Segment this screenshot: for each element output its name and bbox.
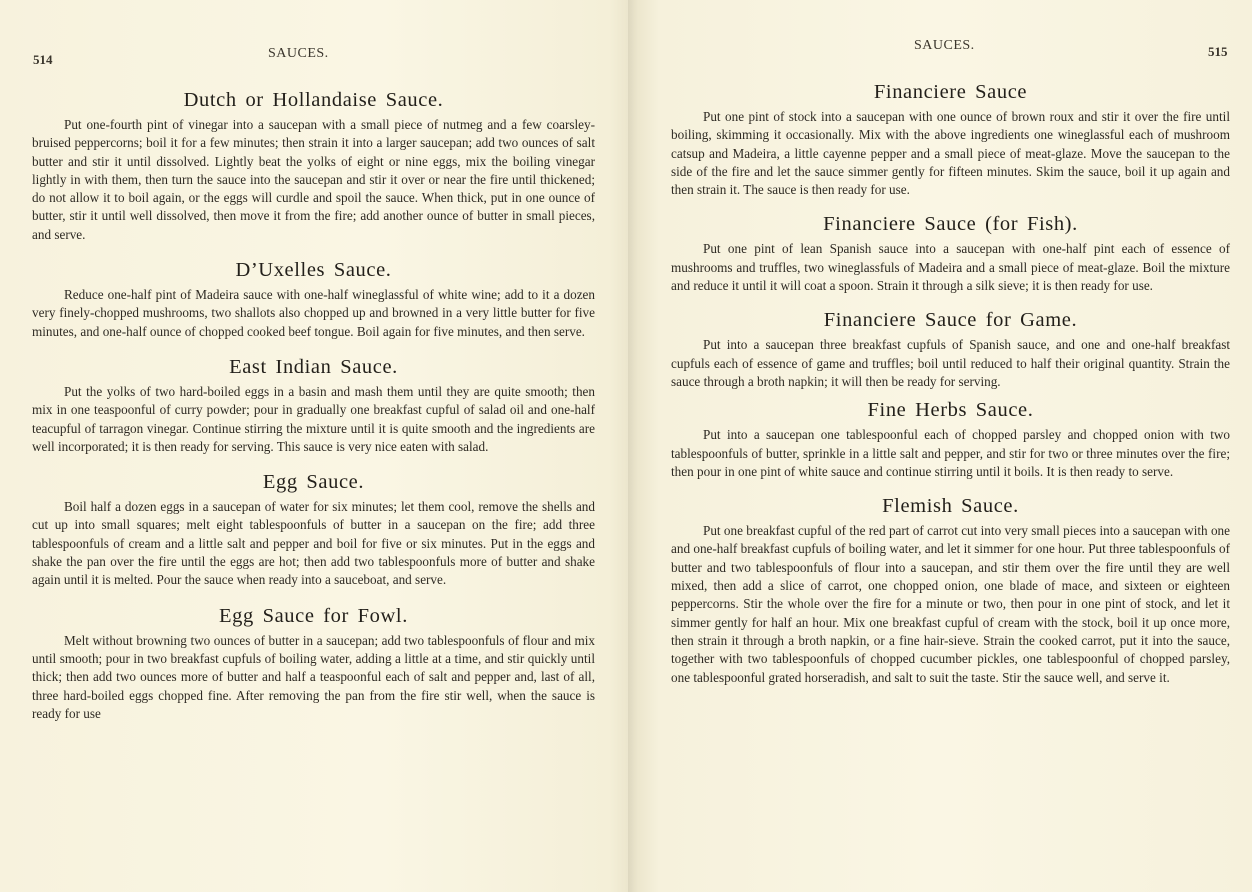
recipe-section: Dutch or Hollandaise Sauce. Put one-four…: [32, 86, 595, 244]
recipe-section: East Indian Sauce. Put the yolks of two …: [32, 353, 595, 456]
recipe-title: Financiere Sauce for Game.: [671, 306, 1230, 334]
recipe-title: Egg Sauce.: [32, 468, 595, 496]
recipe-section: Financiere Sauce for Game. Put into a sa…: [671, 306, 1230, 391]
recipe-body: Put one pint of lean Spanish sauce into …: [671, 240, 1230, 295]
recipe-body: Put one breakfast cupful of the red part…: [671, 522, 1230, 687]
recipe-body: Put one-fourth pint of vinegar into a sa…: [32, 116, 595, 244]
recipe-title: Fine Herbs Sauce.: [671, 396, 1230, 424]
running-head: SAUCES.: [914, 38, 975, 54]
recipe-title: Dutch or Hollandaise Sauce.: [32, 86, 595, 114]
recipe-section: Financiere Sauce (for Fish). Put one pin…: [671, 210, 1230, 295]
recipe-title: Financiere Sauce: [671, 78, 1230, 106]
recipe-section: Fine Herbs Sauce. Put into a saucepan on…: [671, 396, 1230, 481]
recipe-section: Flemish Sauce. Put one breakfast cupful …: [671, 492, 1230, 687]
recipe-title: D’Uxelles Sauce.: [32, 256, 595, 284]
page-content: Financiere Sauce Put one pint of stock i…: [671, 78, 1230, 698]
left-page: 514 SAUCES. Dutch or Hollandaise Sauce. …: [0, 0, 628, 892]
page-content: Dutch or Hollandaise Sauce. Put one-four…: [32, 86, 595, 735]
recipe-section: Egg Sauce for Fowl. Melt without brownin…: [32, 602, 595, 723]
recipe-section: D’Uxelles Sauce. Reduce one-half pint of…: [32, 256, 595, 341]
recipe-title: East Indian Sauce.: [32, 353, 595, 381]
recipe-body: Boil half a dozen eggs in a saucepan of …: [32, 498, 595, 589]
recipe-body: Put into a saucepan one tablespoonful ea…: [671, 426, 1230, 481]
recipe-title: Egg Sauce for Fowl.: [32, 602, 595, 630]
page-number: 514: [33, 52, 53, 68]
recipe-body: Melt without browning two ounces of butt…: [32, 632, 595, 723]
book-spread: 514 SAUCES. Dutch or Hollandaise Sauce. …: [0, 0, 1252, 892]
recipe-body: Put into a saucepan three breakfast cupf…: [671, 336, 1230, 391]
recipe-body: Put the yolks of two hard-boiled eggs in…: [32, 383, 595, 456]
page-number: 515: [1208, 44, 1228, 60]
running-head: SAUCES.: [268, 46, 329, 62]
recipe-body: Put one pint of stock into a saucepan wi…: [671, 108, 1230, 199]
recipe-section: Egg Sauce. Boil half a dozen eggs in a s…: [32, 468, 595, 589]
recipe-title: Financiere Sauce (for Fish).: [671, 210, 1230, 238]
right-page: SAUCES. 515 Financiere Sauce Put one pin…: [628, 0, 1252, 892]
recipe-body: Reduce one-half pint of Madeira sauce wi…: [32, 286, 595, 341]
recipe-section: Financiere Sauce Put one pint of stock i…: [671, 78, 1230, 199]
recipe-title: Flemish Sauce.: [671, 492, 1230, 520]
